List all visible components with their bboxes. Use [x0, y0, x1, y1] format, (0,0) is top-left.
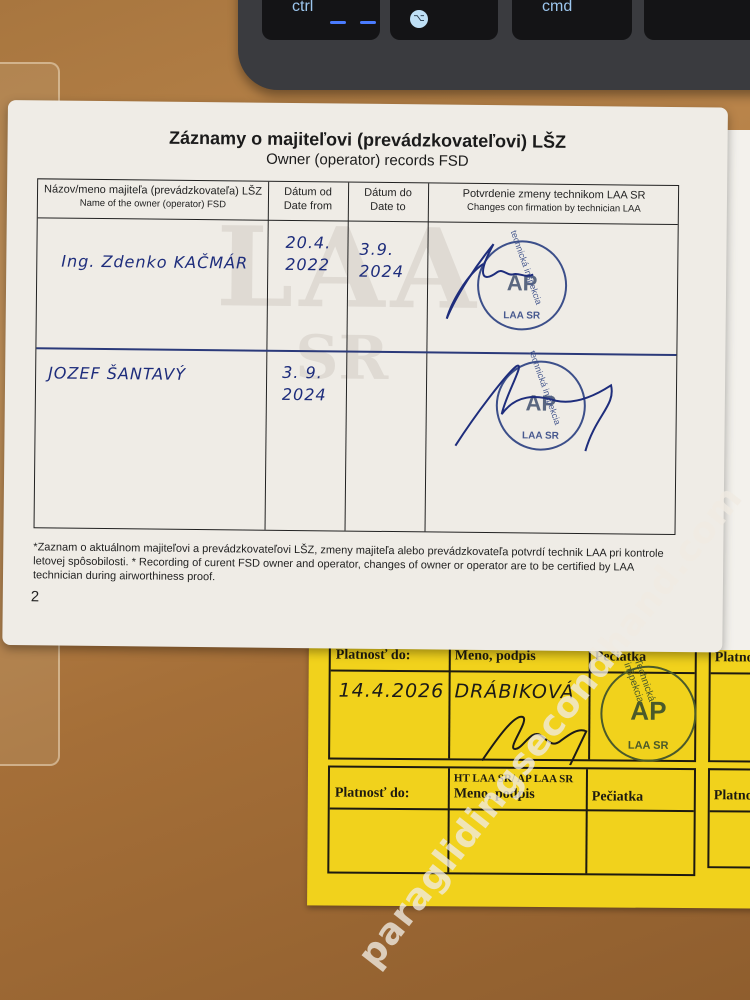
column-divider — [265, 182, 270, 530]
header-technician-confirmation: Potvrdenie zmeny technikom LAA SR Change… — [428, 186, 680, 217]
stamp-label: Pečiatka — [592, 789, 643, 805]
owner-name: JOZEF ŠANTAVÝ — [48, 363, 186, 383]
column-divider — [425, 183, 430, 531]
key-cmd: cmd — [512, 0, 632, 40]
header-date-from: Dátum od Date from — [268, 185, 348, 214]
valid-until-label: Platnosť do: — [336, 648, 411, 665]
footnote: *Zaznam o aktuálnom majiteľovi a prevádz… — [33, 540, 683, 589]
key-option: ⌥ — [390, 0, 498, 40]
date-to: 3.9. 2024 — [359, 239, 415, 284]
key-blank — [644, 0, 750, 40]
owner-records-table: Názov/meno majiteľa (prevádzkovateľa) LŠ… — [34, 178, 680, 535]
column-divider — [345, 183, 350, 531]
next-panel-block-1: Platno — [708, 644, 750, 763]
technician-signature — [437, 234, 548, 325]
header-owner-name: Názov/meno majiteľa (prevádzkovateľa) LŠ… — [38, 182, 268, 212]
header-date-to: Dátum do Date to — [348, 186, 428, 215]
column-divider — [585, 769, 588, 873]
next-panel-block-2: Platno — [707, 768, 750, 869]
column-divider — [448, 644, 451, 758]
valid-until-label: Platnosť do: — [335, 786, 410, 803]
owner-name: Ing. Zdenko KAČMÁR — [61, 252, 248, 273]
name-signature-label: Meno, podpis — [455, 648, 536, 665]
key-led — [360, 21, 376, 24]
valid-until-value: 14.4.2026 — [338, 680, 444, 703]
next-panel-label: Platno — [715, 650, 750, 666]
technical-inspection-stamp: AP LAA SR Technická inšpekcia — [600, 665, 697, 762]
option-icon: ⌥ — [410, 10, 428, 28]
next-panel-label: Platno — [714, 788, 750, 804]
date-from: 20.4. 2022 — [285, 232, 341, 277]
technician-signature — [445, 354, 626, 456]
page-number: 2 — [31, 588, 40, 605]
booklet-page: LAA SR Záznamy o majiteľovi (prevádzkova… — [2, 100, 728, 653]
key-ctrl: ctrl — [262, 0, 380, 40]
date-from: 3. 9. 2024 — [282, 362, 338, 407]
keyboard: ctrl ⌥ cmd — [238, 0, 750, 90]
key-led — [330, 21, 346, 24]
